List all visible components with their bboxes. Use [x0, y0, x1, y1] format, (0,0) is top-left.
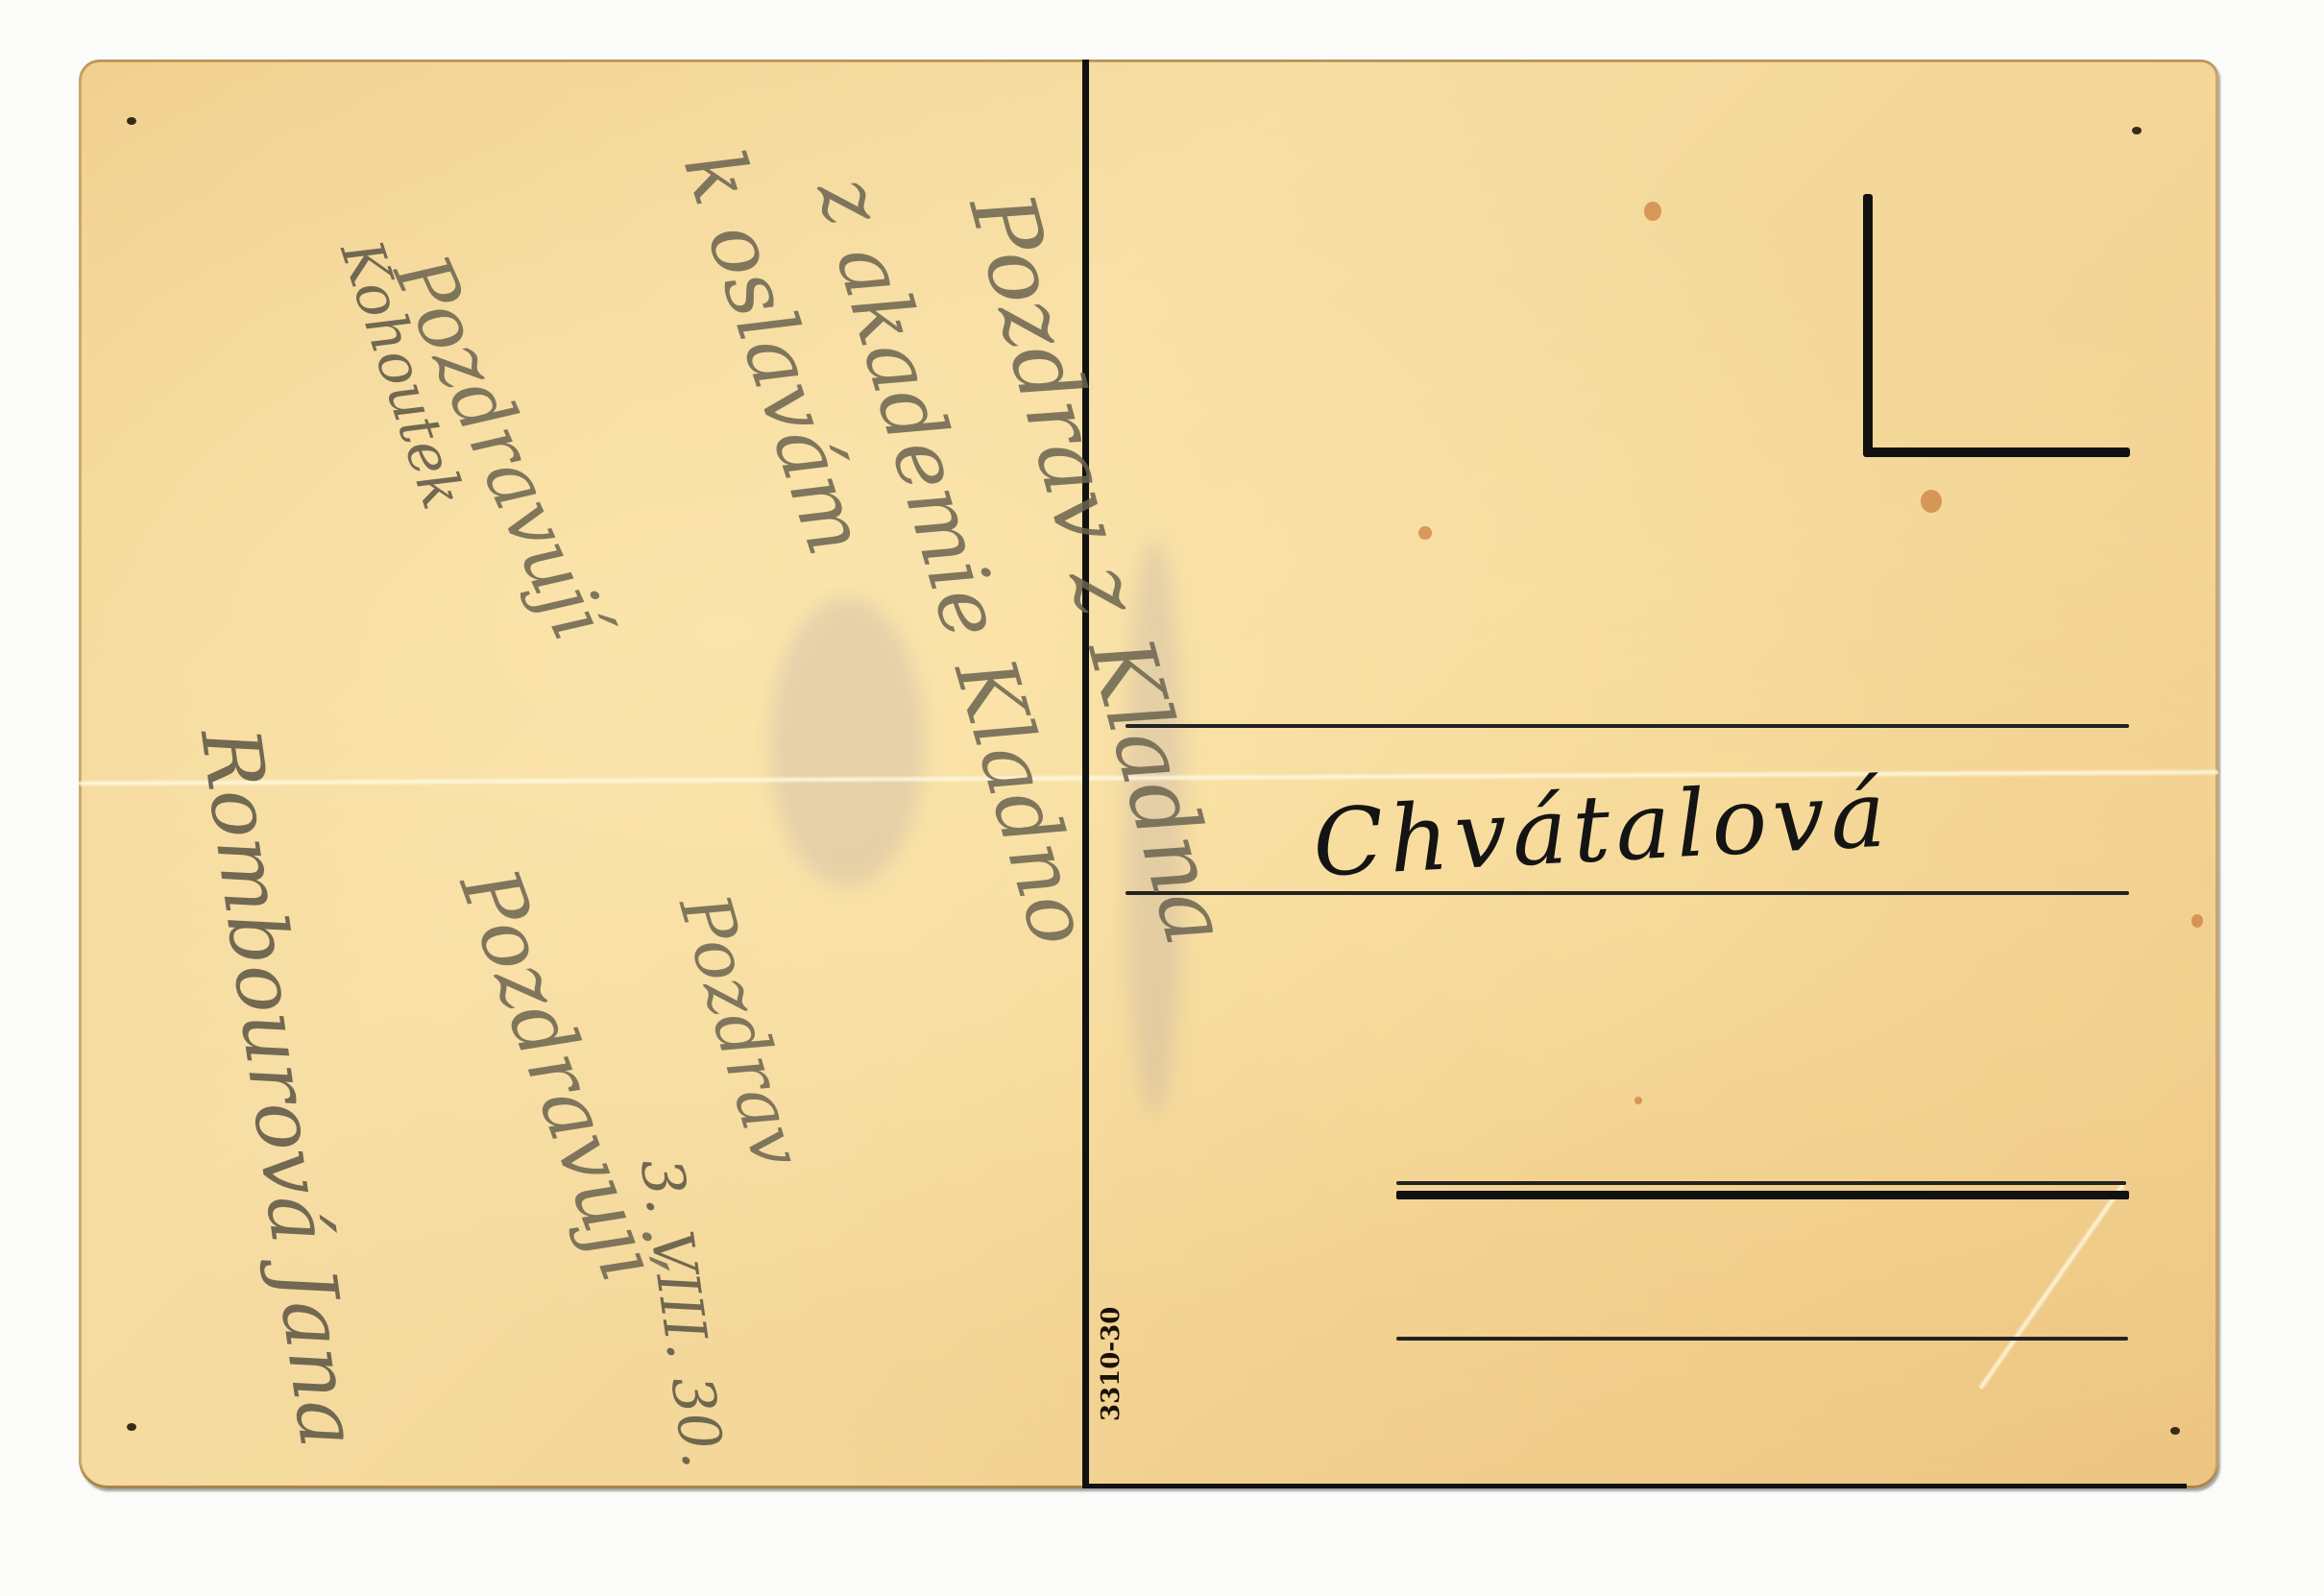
stamp-corner-vertical [1863, 194, 1873, 455]
smudge [770, 597, 924, 885]
printer-code: 3310-30 [1097, 1307, 1126, 1421]
pin-hole [127, 117, 136, 125]
stain [1921, 490, 1942, 513]
address-line-3 [1396, 1181, 2126, 1185]
address-line-1 [1126, 724, 2129, 728]
bottom-border-line [1082, 1484, 2187, 1488]
postcard: 3310-30 Chvátalová Pozdrav z Kladna z ak… [79, 60, 2218, 1488]
stain [1644, 202, 1661, 221]
address-line-3-bold [1396, 1191, 2129, 1199]
pin-hole [2170, 1427, 2180, 1435]
stain [1634, 1097, 1642, 1104]
stain [2191, 914, 2203, 928]
stain [1418, 526, 1432, 540]
address-line-4 [1396, 1337, 2128, 1341]
address-line-2 [1126, 891, 2129, 895]
pin-hole [2132, 127, 2142, 134]
stamp-corner-horizontal [1863, 447, 2130, 457]
pin-hole [127, 1423, 136, 1431]
center-divider-line [1082, 60, 1089, 1488]
